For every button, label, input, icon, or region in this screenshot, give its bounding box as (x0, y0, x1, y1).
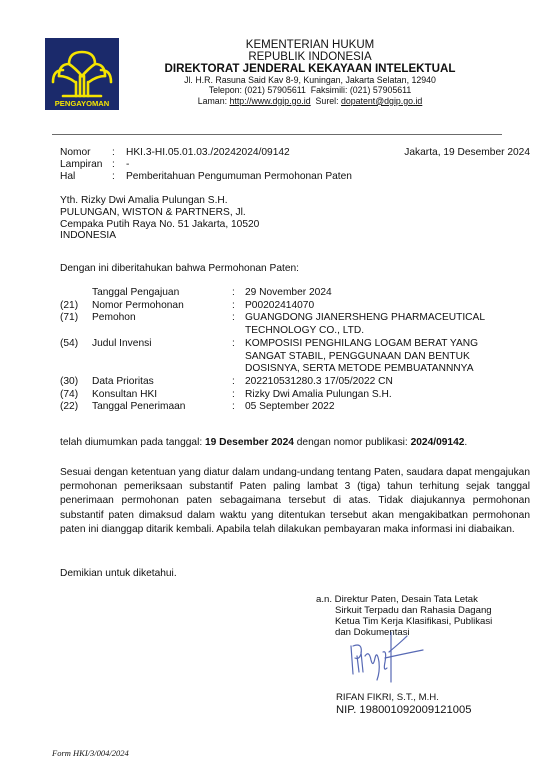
detail-label: Nomor Permohonan (92, 300, 232, 313)
website-link[interactable]: http://www.dgip.go.id (229, 96, 310, 106)
letter-meta: Nomor : HKI.3-HI.05.01.03./20242024/0914… (60, 147, 352, 182)
detail-row: Tanggal Pengajuan : 29 November 2024 (60, 287, 525, 300)
detail-label: Konsultan HKI (92, 389, 232, 402)
detail-label: Tanggal Penerimaan (92, 401, 232, 414)
handwritten-signature (345, 632, 430, 684)
subject-value: Pemberitahuan Pengumuman Permohonan Pate… (126, 171, 352, 183)
detail-row: (54) Judul Invensi : KOMPOSISI PENGHILAN… (60, 338, 525, 376)
detail-label: Tanggal Pengajuan (92, 287, 232, 300)
colon: : (112, 171, 126, 183)
letterhead: KEMENTERIAN HUKUM REPUBLIK INDONESIA DIR… (130, 40, 490, 106)
colon: : (232, 401, 245, 414)
signatory-title: Ketua Tim Kerja Klasifikasi, Publikasi (316, 616, 492, 627)
filing-date: 29 November 2024 (245, 287, 525, 300)
email-label: Surel: (311, 96, 341, 106)
ip-consultant: Rizky Dwi Amalia Pulungan S.H. (245, 389, 525, 402)
publication-statement: telah diumumkan pada tanggal: 19 Desembe… (60, 437, 467, 448)
recipient-line: INDONESIA (60, 230, 259, 242)
colon: : (232, 287, 245, 300)
letter-number: HKI.3-HI.05.01.03./20242024/09142 (126, 147, 290, 159)
signatory-role: a.n. Direktur Paten, Desain Tata Letak (316, 594, 492, 605)
signatory-name: RIFAN FIKRI, S.T., M.H. (336, 692, 439, 703)
pub-suffix: . (464, 437, 467, 448)
inid-code: (54) (60, 338, 92, 376)
signatory-role: Sirkuit Terpadu dan Rahasia Dagang (316, 605, 492, 616)
ministry-name: KEMENTERIAN HUKUM (130, 40, 490, 52)
invention-title: KOMPOSISI PENGHILANG LOGAM BERAT YANG SA… (245, 338, 520, 376)
meta-key: Lampiran (60, 159, 112, 171)
priority-data: 202210531280.3 17/05/2022 CN (245, 376, 525, 389)
inid-code: (22) (60, 401, 92, 414)
inid-code: (30) (60, 376, 92, 389)
detail-label: Pemohon (92, 312, 232, 337)
office-address: Jl. H.R. Rasuna Said Kav 8-9, Kuningan, … (130, 75, 490, 86)
directorate-name: DIREKTORAT JENDERAL KEKAYAAN INTELEKTUAL (130, 63, 490, 75)
meta-row-hal: Hal : Pemberitahuan Pengumuman Permohona… (60, 171, 352, 183)
detail-row: (74) Konsultan HKI : Rizky Dwi Amalia Pu… (60, 389, 525, 402)
detail-row: (22) Tanggal Penerimaan : 05 September 2… (60, 401, 525, 414)
body-paragraph: Sesuai dengan ketentuan yang diatur dala… (60, 466, 530, 537)
form-code: Form HKI/3/004/2024 (52, 748, 129, 758)
phone-fax: Telepon: (021) 57905611 Faksimili: (021)… (130, 85, 490, 96)
meta-key: Hal (60, 171, 112, 183)
pengayoman-tree-icon: PENGAYOMAN (45, 38, 119, 110)
meta-row-nomor: Nomor : HKI.3-HI.05.01.03./20242024/0914… (60, 147, 352, 159)
colon: : (232, 338, 245, 376)
applicant: GUANGDONG JIANERSHENG PHARMACEUTICAL TEC… (245, 312, 525, 337)
receipt-date: 05 September 2022 (245, 401, 525, 414)
pengayoman-logo: PENGAYOMAN (45, 38, 119, 110)
inid-code (60, 287, 92, 300)
colon: : (232, 300, 245, 313)
meta-key: Nomor (60, 147, 112, 159)
recipient-line: Yth. Rizky Dwi Amalia Pulungan S.H. (60, 195, 259, 207)
web-label: Laman: (198, 96, 230, 106)
svg-text:PENGAYOMAN: PENGAYOMAN (55, 99, 110, 108)
letter-date: Jakarta, 19 Desember 2024 (404, 147, 530, 159)
meta-row-lampiran: Lampiran : - (60, 159, 352, 171)
closing-text: Demikian untuk diketahui. (60, 568, 177, 579)
detail-label: Data Prioritas (92, 376, 232, 389)
pub-middle: dengan nomor publikasi: (294, 437, 411, 448)
recipient-line: PULUNGAN, WISTON & PARTNERS, Jl. (60, 207, 259, 219)
contact-links: Laman: http://www.dgip.go.id Surel: dopa… (130, 96, 490, 107)
colon: : (232, 312, 245, 337)
intro-text: Dengan ini diberitahukan bahwa Permohona… (60, 263, 299, 274)
colon: : (112, 147, 126, 159)
email-link[interactable]: dopatent@dgip.go.id (341, 96, 422, 106)
inid-code: (21) (60, 300, 92, 313)
recipient-address: Yth. Rizky Dwi Amalia Pulungan S.H. PULU… (60, 195, 259, 242)
application-number: P00202414070 (245, 300, 525, 313)
detail-row: (21) Nomor Permohonan : P00202414070 (60, 300, 525, 313)
publication-date: 19 Desember 2024 (205, 437, 294, 448)
pub-prefix: telah diumumkan pada tanggal: (60, 437, 205, 448)
recipient-line: Cempaka Putih Raya No. 51 Jakarta, 10520 (60, 219, 259, 231)
colon: : (232, 389, 245, 402)
colon: : (232, 376, 245, 389)
signatory-nip: NIP. 198001092009121005 (336, 704, 471, 716)
inid-code: (71) (60, 312, 92, 337)
attachment-value: - (126, 159, 129, 171)
colon: : (112, 159, 126, 171)
header-divider (52, 134, 502, 135)
detail-row: (30) Data Prioritas : 202210531280.3 17/… (60, 376, 525, 389)
publication-number: 2024/09142 (411, 437, 465, 448)
inid-code: (74) (60, 389, 92, 402)
detail-row: (71) Pemohon : GUANGDONG JIANERSHENG PHA… (60, 312, 525, 337)
patent-details: Tanggal Pengajuan : 29 November 2024 (21… (60, 287, 525, 414)
detail-label: Judul Invensi (92, 338, 232, 376)
